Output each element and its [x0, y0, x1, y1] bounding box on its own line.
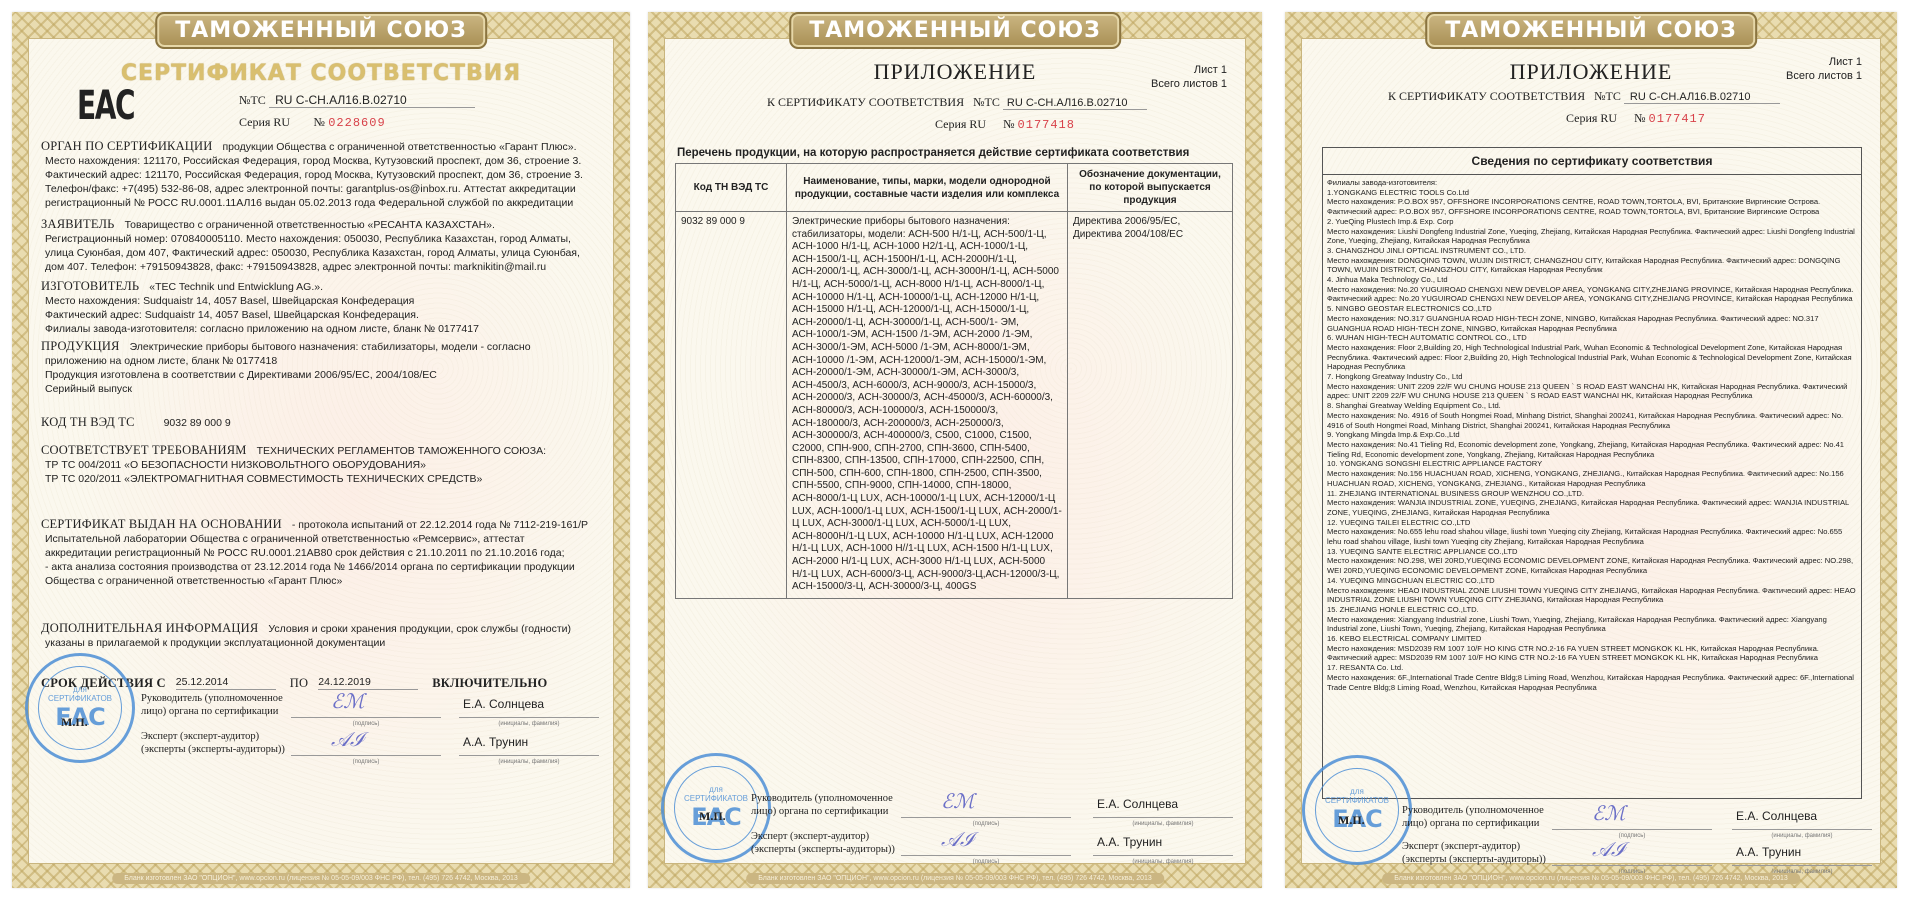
branch-name: 2. YueQing Plustech Imp.& Exp. Corp [1327, 217, 1857, 227]
head-name-text: Е.А. Солнцева [463, 697, 544, 711]
series-label: Серия RU [935, 117, 986, 131]
head-signature-row: Руководитель (уполномоченное лицо) орган… [1402, 803, 1872, 830]
head-name: Е.А. Солнцева(инициалы, фамилия) [459, 691, 599, 718]
signature-scribble: ℰℳ [941, 789, 975, 813]
additional-info-line: Условия и сроки хранения продукции, срок… [268, 623, 571, 635]
branch-address: Место нахождения: HEAO INDUSTRIAL ZONE L… [1327, 586, 1857, 605]
manufacturer-line: Филиалы завода-изготовителя: согласно пр… [41, 322, 603, 336]
certification-body-label: ОРГАН ПО СЕРТИФИКАЦИИ [41, 139, 213, 153]
number-sign: № [313, 115, 324, 129]
appendix-subtitle: К СЕРТИФИКАТУ СООТВЕТСТВИЯ №ТС RU C-CH.А… [1388, 89, 1780, 104]
basis-label: СЕРТИФИКАТ ВЫДАН НА ОСНОВАНИИ [41, 517, 282, 531]
applicant-section: ЗАЯВИТЕЛЬТоварищество с ограниченной отв… [41, 217, 603, 274]
branch-address: Место нахождения: WANJIA INDUSTRIAL ZONE… [1327, 498, 1857, 517]
branches-list: Филиалы завода-изготовителя: 1.YONGKANG … [1323, 175, 1861, 695]
branches-box: Сведения по сертификату соответствия Фил… [1322, 147, 1862, 799]
basis-line: Общества с ограниченной ответственностью… [41, 574, 603, 588]
product-line: приложению на одном листе, бланк № 01774… [41, 354, 603, 368]
seal-place-label: М.П. [61, 715, 88, 730]
expert-name: А.А. Трунин(инициалы, фамилия) [1732, 839, 1872, 866]
cert-body-line: регистрационный № РОСС RU.0001.11АЛ16 вы… [41, 196, 603, 210]
customs-union-banner: ТАМОЖЕННЫЙ СОЮЗ [789, 12, 1121, 49]
basis-line: аккредитации регистрационный № РОСС RU.0… [41, 546, 603, 560]
branch-name: 15. ZHEJIANG HONLE ELECTRIC CO.,LTD. [1327, 605, 1857, 615]
series-label: Серия RU [1566, 111, 1617, 125]
additional-info-line: указаны в прилагаемой к продукции эксплу… [41, 636, 603, 650]
hs-code-label: КОД ТН ВЭД ТС [41, 415, 135, 429]
branch-name: 6. WUHAN HIGH-TECH AUTOMATIC CONTROL CO.… [1327, 333, 1857, 343]
head-signature-row: Руководитель (уполномоченное лицо) орган… [751, 791, 1233, 818]
branch-name: 13. YUEQING SANTE ELECTRIC APPLIANCE CO.… [1327, 547, 1857, 557]
column-header-docs: Обозначение документации, по которой вып… [1068, 164, 1233, 212]
stamp-text: СЕРТИФИКАТОВ [48, 694, 112, 703]
branch-name: 16. KEBO ELECTRICAL COMPANY LIMITED [1327, 634, 1857, 644]
head-signature-label: Руководитель (уполномоченное лицо) орган… [141, 692, 291, 718]
stamp-text: СЕРТИФИКАТОВ [1325, 796, 1389, 805]
customs-union-banner: ТАМОЖЕННЫЙ СОЮЗ [155, 12, 487, 49]
signature-scribble: ℰℳ [1592, 801, 1626, 825]
stamp-text: СЕРТИФИКАТОВ [684, 794, 748, 803]
head-signature-label: Руководитель (уполномоченное лицо) орган… [1402, 804, 1552, 830]
basis-line: Испытательной лаборатории Общества с огр… [41, 532, 603, 546]
product-line: Серийный выпуск [41, 382, 603, 396]
branch-name: 7. Hongkong Greatway Industry Co., Ltd [1327, 372, 1857, 382]
basis-section: СЕРТИФИКАТ ВЫДАН НА ОСНОВАНИИ- протокола… [41, 517, 603, 588]
series-label: Серия RU [239, 115, 290, 129]
expert-signature: 𝒜ℐ(подпись) [1552, 839, 1712, 866]
expert-signature-row: Эксперт (эксперт-аудитор) (эксперты (экс… [751, 829, 1233, 856]
head-signature: ℰℳ(подпись) [1552, 803, 1712, 830]
cell-code: 9032 89 000 9 [676, 212, 787, 599]
certificate-sheet: ТАМОЖЕННЫЙ СОЮЗ ЕАС СЕРТИФИКАТ СООТВЕТСТ… [12, 12, 630, 888]
number-sign: № [1634, 111, 1645, 125]
number-sign: № [1003, 117, 1014, 131]
appendix-serial: 0177417 [1649, 112, 1706, 126]
sheet-number: Лист 1 Всего листов 1 [1151, 63, 1227, 91]
branch-address: Место нахождения: UNIT 2209 22/F WU CHUN… [1327, 382, 1857, 401]
column-header-description: Наименование, типы, марки, модели одноро… [787, 164, 1068, 212]
branch-name: 8. Shanghai Greatway Welding Equipment C… [1327, 401, 1857, 411]
name-caption: (инициалы, фамилия) [1093, 821, 1233, 827]
head-name: Е.А. Солнцева(инициалы, фамилия) [1732, 803, 1872, 830]
signature-scribble: 𝒜ℐ [941, 827, 974, 851]
expert-name-text: А.А. Трунин [1736, 845, 1801, 859]
seal-place-label: М.П. [699, 809, 726, 824]
form-print-info: Бланк изготовлен ЗАО "ОПЦИОН", www.opcio… [1382, 873, 1800, 884]
validity-inclusive: ВКЛЮЧИТЕЛЬНО [432, 676, 547, 690]
manufacturer-line: «TEC Technik und Entwicklung AG.». [149, 281, 323, 293]
branch-address: Место нахождения: Liushi Dongfeng Indust… [1327, 227, 1857, 246]
cert-number-label: №ТС [1594, 89, 1621, 103]
cert-number-value: RU C-CH.АЛ16.В.02710 [269, 93, 475, 108]
head-name: Е.А. Солнцева(инициалы, фамилия) [1093, 791, 1233, 818]
branch-address: Место нахождения: DONGQING TOWN, WUJIN D… [1327, 256, 1857, 275]
basis-line: - акта анализа состояния производства от… [41, 560, 603, 574]
head-name-text: Е.А. Солнцева [1736, 809, 1817, 823]
name-caption: (инициалы, фамилия) [459, 759, 599, 765]
branch-address: Место нахождения: No.156 HUACHUAN ROAD, … [1327, 469, 1857, 488]
expert-signature-label: Эксперт (эксперт-аудитор) (эксперты (экс… [751, 830, 901, 856]
table-row: 9032 89 000 9 Электрические приборы быто… [676, 212, 1233, 599]
sheet-label: Лист 1 [1151, 63, 1227, 77]
table-header-row: Код ТН ВЭД ТС Наименование, типы, марки,… [676, 164, 1233, 212]
product-section: ПРОДУКЦИЯЭлектрические приборы бытового … [41, 339, 603, 396]
additional-info-label: ДОПОЛНИТЕЛЬНАЯ ИНФОРМАЦИЯ [41, 621, 258, 635]
expert-signature-row: Эксперт (эксперт-аудитор) (эксперты (экс… [141, 729, 599, 756]
product-list-caption: Перечень продукции, на которую распростр… [677, 147, 1189, 159]
form-print-info: Бланк изготовлен ЗАО "ОПЦИОН", www.opcio… [112, 873, 530, 884]
applicant-line: Товарищество с ограниченной ответственно… [125, 219, 495, 231]
branch-name: 14. YUEQING MINGCHUAN ELECTRIC CO.,LTD [1327, 576, 1857, 586]
manufacturer-section: ИЗГОТОВИТЕЛЬ«TEC Technik und Entwicklung… [41, 279, 603, 336]
cert-body-line: продукции Общества с ограниченной ответс… [223, 141, 577, 153]
seal-place-label: М.П. [1338, 813, 1365, 828]
certificate-series: Серия RU № 0228609 [239, 115, 386, 130]
certificate-title: СЕРТИФИКАТ СООТВЕТСТВИЯ [29, 61, 613, 86]
total-sheets-label: Всего листов 1 [1786, 69, 1862, 83]
sign-caption: (подпись) [901, 821, 1071, 827]
conformity-line: ТР ТС 020/2011 «ЭЛЕКТРОМАГНИТНАЯ СОВМЕСТ… [41, 472, 603, 486]
sheet-number: Лист 1 Всего листов 1 [1786, 55, 1862, 83]
product-label: ПРОДУКЦИЯ [41, 339, 120, 353]
head-name-text: Е.А. Солнцева [1097, 797, 1178, 811]
series-serial: 0228609 [328, 116, 385, 130]
subtitle-text: К СЕРТИФИКАТУ СООТВЕТСТВИЯ [767, 95, 964, 109]
cert-number-value: RU C-CH.АЛ16.В.02710 [1624, 91, 1780, 104]
branch-address: Место нахождения: P.O.BOX 957, OFFSHORE … [1327, 197, 1857, 216]
branch-name: 10. YONGKANG SONGSHI ELECTRIC APPLIANCE … [1327, 459, 1857, 469]
appendix-products-sheet: ТАМОЖЕННЫЙ СОЮЗ ПРИЛОЖЕНИЕ Лист 1 Всего … [648, 12, 1262, 888]
sign-caption: (подпись) [291, 721, 441, 727]
name-caption: (инициалы, фамилия) [1093, 859, 1233, 865]
sheet-label: Лист 1 [1786, 55, 1862, 69]
appendix-serial: 0177418 [1018, 118, 1075, 132]
stamp-text: для [73, 685, 87, 694]
cell-description: Электрические приборы бытового назначени… [787, 212, 1068, 599]
expert-signature: 𝒜ℐ(подпись) [291, 729, 441, 756]
products-table: Код ТН ВЭД ТС Наименование, типы, марки,… [675, 163, 1233, 599]
form-print-info: Бланк изготовлен ЗАО "ОПЦИОН", www.opcio… [746, 873, 1164, 884]
applicant-line: Регистрационный номер: 070840005110. Мес… [41, 232, 603, 246]
cert-number-value: RU C-CH.АЛ16.В.02710 [1003, 97, 1147, 110]
applicant-line: улица Суюнбая, дом 407, Фактический адре… [41, 246, 603, 260]
total-sheets-label: Всего листов 1 [1151, 77, 1227, 91]
appendix-subtitle: К СЕРТИФИКАТУ СООТВЕТСТВИЯ №ТС RU C-CH.А… [767, 95, 1147, 110]
branch-address: Место нахождения: No.655 lehu road shaho… [1327, 527, 1857, 546]
branch-address: Место нахождения: NO.317 GUANGHUA ROAD H… [1327, 314, 1857, 333]
expert-name: А.А. Трунин(инициалы, фамилия) [1093, 829, 1233, 856]
conformity-line: ТР ТС 004/2011 «О БЕЗОПАСНОСТИ НИЗКОВОЛЬ… [41, 458, 603, 472]
branch-address: Место нахождения: No.41 Tieling Rd, Econ… [1327, 440, 1857, 459]
manufacturer-line: Фактический адрес: Sudquaistr 14, 4057 B… [41, 308, 603, 322]
subtitle-text: К СЕРТИФИКАТУ СООТВЕТСТВИЯ [1388, 89, 1585, 103]
branch-address: Место нахождения: No. 4916 of South Hong… [1327, 411, 1857, 430]
applicant-label: ЗАЯВИТЕЛЬ [41, 217, 115, 231]
certification-stamp: для СЕРТИФИКАТОВ ЕАС [25, 653, 135, 763]
branch-name: 3. CHANGZHOU JINLI OPTICAL INSTRUMENT CO… [1327, 246, 1857, 256]
validity-from-date: 25.12.2014 [176, 675, 276, 690]
branch-address: Место нахождения: NO.298, WEI 20RD,YUEQI… [1327, 556, 1857, 575]
head-signature: ℰℳ(подпись) [291, 691, 441, 718]
branch-name: 17. RESANTA Co. Ltd. [1327, 663, 1857, 673]
product-line: Электрические приборы бытового назначени… [130, 341, 531, 353]
branch-name: 1.YONGKANG ELECTRIC TOOLS Co.Ltd [1327, 188, 1857, 198]
certification-stamp: для СЕРТИФИКАТОВ ЕАС [1302, 755, 1412, 865]
signature-scribble: ℰℳ [331, 689, 365, 713]
product-line: Продукция изготовлена в соответствии с Д… [41, 368, 603, 382]
hs-code-value: 9032 89 000 9 [164, 417, 231, 429]
branch-address: Место нахождения: Xiangyang Industrial z… [1327, 615, 1857, 634]
appendix-series: Серия RU № 0177417 [1566, 111, 1706, 126]
certificate-number: №ТС RU C-CH.АЛ16.В.02710 [239, 93, 475, 108]
appendix-branches-sheet: ТАМОЖЕННЫЙ СОЮЗ ПРИЛОЖЕНИЕ Лист 1 Всего … [1285, 12, 1897, 888]
branch-address: Место нахождения: 6F.,International Trad… [1327, 673, 1857, 692]
branch-name: 11. ZHEJIANG INTERNATIONAL BUSINESS GROU… [1327, 489, 1857, 499]
expert-name-text: А.А. Трунин [1097, 835, 1162, 849]
branch-address: Место нахождения: No.20 YUGUIROAD CHENGX… [1327, 285, 1857, 304]
expert-signature-label: Эксперт (эксперт-аудитор) (эксперты (экс… [1402, 840, 1552, 866]
cell-docs: Директива 2006/95/EC, Директива 2004/108… [1068, 212, 1233, 599]
basis-line: - протокола испытаний от 22.12.2014 года… [292, 519, 588, 531]
branches-intro: Филиалы завода-изготовителя: [1327, 178, 1857, 188]
sign-caption: (подпись) [291, 759, 441, 765]
expert-signature: 𝒜ℐ(подпись) [901, 829, 1071, 856]
name-caption: (инициалы, фамилия) [459, 721, 599, 727]
branch-name: 4. Jinhua Maka Technology Co., Ltd [1327, 275, 1857, 285]
cert-body-line: Место нахождения: 121170, Российская Фед… [41, 154, 603, 168]
branch-address: Место нахождения: MSD2039 RM 1007 10/F H… [1327, 644, 1857, 663]
stamp-text: для [1350, 787, 1364, 796]
hs-code-section: КОД ТН ВЭД ТС 9032 89 000 9 [41, 415, 603, 430]
branch-name: 9. Yongkang Mingda Imp.& Exp.Co.,Ltd [1327, 430, 1857, 440]
manufacturer-label: ИЗГОТОВИТЕЛЬ [41, 279, 139, 293]
validity-to-label: ПО [290, 676, 308, 690]
head-signature-label: Руководитель (уполномоченное лицо) орган… [751, 792, 901, 818]
branch-address: Место нахождения: Floor 2,Building 20, H… [1327, 343, 1857, 372]
applicant-line: дом 407. Телефон: +79150943828, факс: +7… [41, 260, 603, 274]
validity-to-date: 24.12.2019 [318, 675, 418, 690]
cert-number-label: №ТС [973, 95, 1000, 109]
sign-caption: (подпись) [901, 859, 1071, 865]
branch-name: 12. YUEQING TAILEI ELECTRIC CO.,LTD [1327, 518, 1857, 528]
manufacturer-line: Место нахождения: Sudquaistr 14, 4057 Ba… [41, 294, 603, 308]
expert-name-text: А.А. Трунин [463, 735, 528, 749]
cert-body-line: Телефон/факс: +7(495) 532-86-08, адрес э… [41, 182, 603, 196]
cert-body-line: Фактический адрес: 121170, Российская Фе… [41, 168, 603, 182]
conformity-line: ТЕХНИЧЕСКИХ РЕГЛАМЕНТОВ ТАМОЖЕННОГО СОЮЗ… [257, 445, 546, 457]
signature-scribble: 𝒜ℐ [1592, 837, 1625, 861]
head-signature-row: Руководитель (уполномоченное лицо) орган… [141, 691, 599, 718]
conformity-label: СООТВЕТСТВУЕТ ТРЕБОВАНИЯМ [41, 443, 247, 457]
certification-body-section: ОРГАН ПО СЕРТИФИКАЦИИпродукции Общества … [41, 139, 603, 210]
eac-logo: ЕАС [77, 83, 134, 129]
appendix-series: Серия RU № 0177418 [935, 117, 1075, 132]
expert-signature-label: Эксперт (эксперт-аудитор) (эксперты (экс… [141, 730, 291, 756]
branches-box-title: Сведения по сертификату соответствия [1323, 148, 1861, 175]
customs-union-banner: ТАМОЖЕННЫЙ СОЮЗ [1425, 12, 1757, 49]
cert-number-label: №ТС [239, 93, 266, 107]
expert-signature-row: Эксперт (эксперт-аудитор) (эксперты (экс… [1402, 839, 1872, 866]
signature-scribble: 𝒜ℐ [331, 727, 364, 751]
column-header-code: Код ТН ВЭД ТС [676, 164, 787, 212]
stamp-text: для [709, 785, 723, 794]
additional-info-section: ДОПОЛНИТЕЛЬНАЯ ИНФОРМАЦИЯУсловия и сроки… [41, 621, 603, 650]
branch-name: 5. NINGBO GEOSTAR ELECTRONICS CO.,LTD [1327, 304, 1857, 314]
head-signature: ℰℳ(подпись) [901, 791, 1071, 818]
expert-name: А.А. Трунин(инициалы, фамилия) [459, 729, 599, 756]
conformity-section: СООТВЕТСТВУЕТ ТРЕБОВАНИЯМТЕХНИЧЕСКИХ РЕГ… [41, 443, 603, 486]
